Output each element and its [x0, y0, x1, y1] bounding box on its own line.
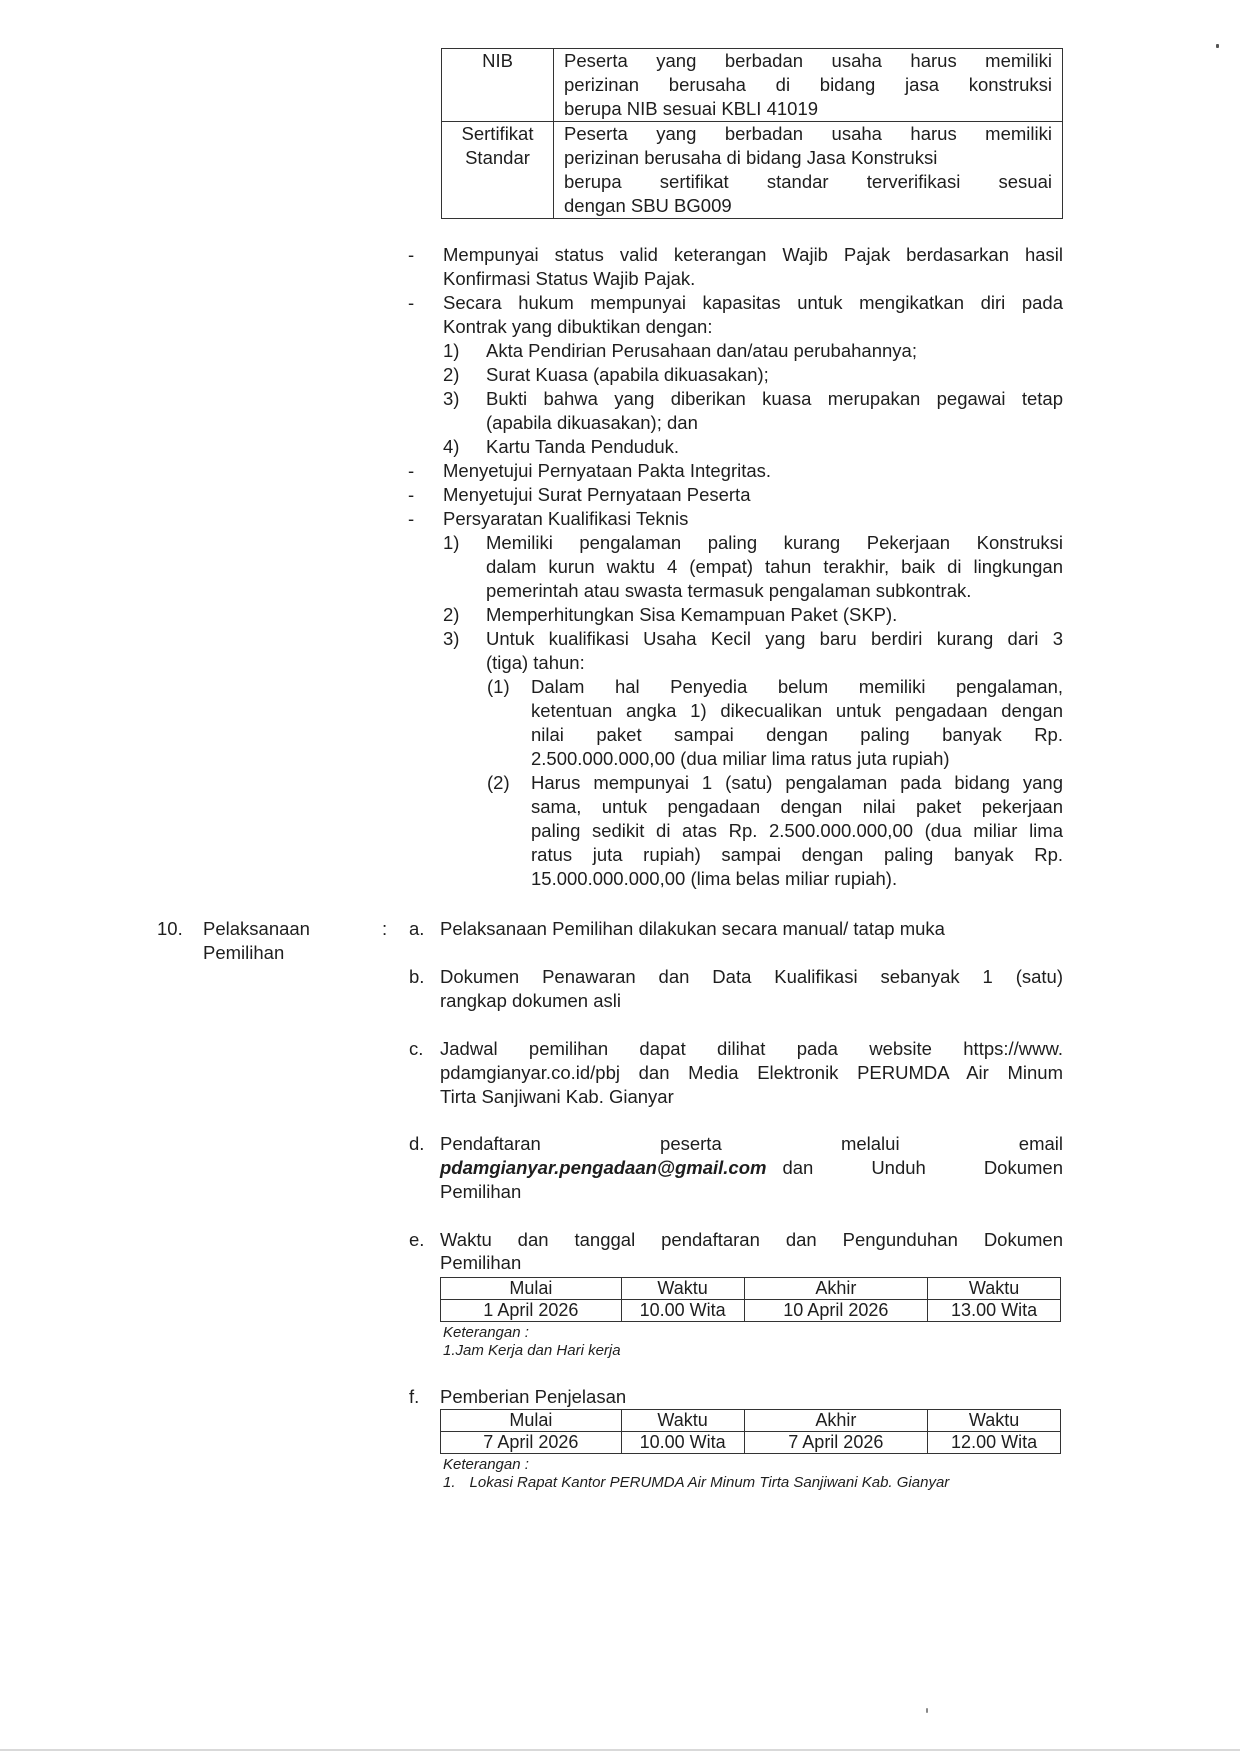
table-row: 1 April 2026 10.00 Wita 10 April 2026 13…	[441, 1300, 1061, 1322]
item-f-title: Pemberian Penjelasan	[440, 1385, 1063, 1409]
license-value-line: perizinan berusaha di bidang jasa konstr…	[564, 73, 1052, 97]
note-label: Keterangan :	[443, 1456, 529, 1473]
section-title-line: Pemilihan	[203, 941, 353, 965]
license-requirements-table: NIB Peserta yang berbadan usaha harus me…	[441, 48, 1063, 219]
note-text: Lokasi Rapat Kantor PERUMDA Air Minum Ti…	[470, 1474, 950, 1491]
section-title: Pelaksanaan Pemilihan	[203, 917, 353, 965]
list-number: 3)	[443, 627, 459, 651]
item-c-text: Jadwal pemilihan dapat dilihat pada webs…	[440, 1037, 1063, 1061]
license-key-label: Standar	[442, 146, 553, 170]
table-row: 7 April 2026 10.00 Wita 7 April 2026 12.…	[441, 1432, 1061, 1454]
list-item: Memiliki pengalaman paling kurang Pekerj…	[486, 531, 1063, 555]
list-item: Kartu Tanda Penduduk.	[486, 435, 1063, 459]
column-header: Waktu	[928, 1410, 1061, 1432]
list-number: 1)	[443, 339, 459, 363]
license-value-sertifikat: Peserta yang berbadan usaha harus memili…	[554, 122, 1063, 219]
end-time: 12.00 Wita	[928, 1432, 1061, 1454]
sub-list-item: Harus mempunyai 1 (satu) pengalaman pada…	[531, 771, 1063, 795]
sub-list-item: paling sedikit di atas Rp. 2.500.000.000…	[531, 819, 1063, 843]
item-letter-a: a.	[409, 917, 424, 941]
item-c-text: Tirta Sanjiwani Kab. Gianyar	[440, 1085, 1063, 1109]
column-header: Waktu	[621, 1278, 744, 1300]
section-number: 10.	[157, 917, 183, 941]
item-d-text: Pendaftaran peserta melalui email	[440, 1132, 1063, 1156]
sub-list-item: 15.000.000.000,00 (lima belas miliar rup…	[531, 867, 1063, 891]
license-value-line: perizinan berusaha di bidang Jasa Konstr…	[564, 146, 1052, 170]
item-letter-b: b.	[409, 965, 424, 989]
list-item: (apabila dikuasakan); dan	[486, 411, 1063, 435]
sub-list-item: 2.500.000.000,00 (dua miliar lima ratus …	[531, 747, 1063, 771]
start-date: 1 April 2026	[441, 1300, 622, 1322]
table-row: NIB Peserta yang berbadan usaha harus me…	[442, 49, 1063, 122]
column-header: Akhir	[744, 1278, 928, 1300]
license-value-line: berupa sertifikat standar terverifikasi …	[564, 170, 1052, 194]
item-e-text: Pemilihan	[440, 1251, 1063, 1275]
license-key-sertifikat: Sertifikat Standar	[442, 122, 554, 219]
item-letter-f: f.	[409, 1385, 419, 1409]
section-title-line: Pelaksanaan	[203, 917, 353, 941]
item-letter-d: d.	[409, 1132, 424, 1156]
license-value-line: Peserta yang berbadan usaha harus memili…	[564, 122, 1052, 146]
bullet-dash: -	[408, 243, 414, 267]
requirement-surat: Menyetujui Surat Pernyataan Peserta	[443, 483, 1063, 507]
license-key-label: Sertifikat	[442, 122, 553, 146]
sub-list-item: sama, untuk pengadaan dengan nilai paket…	[531, 795, 1063, 819]
scan-speck	[926, 1708, 928, 1713]
bullet-dash: -	[408, 507, 414, 531]
column-header: Waktu	[928, 1278, 1061, 1300]
item-letter-e: e.	[409, 1228, 424, 1252]
column-header: Mulai	[441, 1410, 622, 1432]
item-a-text: Pelaksanaan Pemilihan dilakukan secara m…	[440, 917, 1063, 941]
registration-email-link[interactable]: pdamgianyar.pengadaan@gmail.com	[440, 1156, 766, 1180]
requirement-legal-line: Kontrak yang dibuktikan dengan:	[443, 315, 1063, 339]
item-letter-c: c.	[409, 1037, 423, 1061]
item-d-text: dan Unduh Dokumen	[766, 1156, 1063, 1180]
start-date: 7 April 2026	[441, 1432, 622, 1454]
requirement-pakta: Menyetujui Pernyataan Pakta Integritas.	[443, 459, 1063, 483]
license-value-line: dengan SBU BG009	[564, 194, 1052, 218]
bullet-dash: -	[408, 483, 414, 507]
table-header-row: Mulai Waktu Akhir Waktu	[441, 1278, 1061, 1300]
list-number: 3)	[443, 387, 459, 411]
column-header: Mulai	[441, 1278, 622, 1300]
license-value-nib: Peserta yang berbadan usaha harus memili…	[554, 49, 1063, 122]
item-c-text: pdamgianyar.co.id/pbj dan Media Elektron…	[440, 1061, 1063, 1085]
scan-speck	[1216, 44, 1219, 48]
note-item: 1.Jam Kerja dan Hari kerja	[443, 1342, 621, 1359]
colon-separator: :	[382, 917, 387, 941]
column-header: Akhir	[744, 1410, 928, 1432]
table-row: Sertifikat Standar Peserta yang berbadan…	[442, 122, 1063, 219]
start-time: 10.00 Wita	[621, 1432, 744, 1454]
item-d-email-line: pdamgianyar.pengadaan@gmail.com dan Undu…	[440, 1156, 1063, 1180]
table-header-row: Mulai Waktu Akhir Waktu	[441, 1410, 1061, 1432]
license-key-label: NIB	[482, 50, 513, 71]
note-item: 1.Lokasi Rapat Kantor PERUMDA Air Minum …	[443, 1474, 949, 1491]
start-time: 10.00 Wita	[621, 1300, 744, 1322]
list-item: (tiga) tahun:	[486, 651, 1063, 675]
list-number: 4)	[443, 435, 459, 459]
explanation-schedule-table: Mulai Waktu Akhir Waktu 7 April 2026 10.…	[440, 1409, 1061, 1454]
list-number: 1)	[443, 531, 459, 555]
item-b-text: rangkap dokumen asli	[440, 989, 1063, 1013]
end-date: 7 April 2026	[744, 1432, 928, 1454]
item-d-text: Pemilihan	[440, 1180, 1063, 1204]
list-number: 2)	[443, 603, 459, 627]
sub-list-number: (1)	[487, 675, 510, 699]
list-number: 2)	[443, 363, 459, 387]
sub-list-item: ratus juta rupiah) sampai dengan paling …	[531, 843, 1063, 867]
license-value-line: berupa NIB sesuai KBLI 41019	[564, 97, 1052, 121]
bullet-dash: -	[408, 459, 414, 483]
sub-list-item: nilai paket sampai dengan paling banyak …	[531, 723, 1063, 747]
list-item: Memperhitungkan Sisa Kemampuan Paket (SK…	[486, 603, 1063, 627]
requirement-teknis-title: Persyaratan Kualifikasi Teknis	[443, 507, 1063, 531]
sub-list-item: Dalam hal Penyedia belum memiliki pengal…	[531, 675, 1063, 699]
end-date: 10 April 2026	[744, 1300, 928, 1322]
item-b-text: Dokumen Penawaran dan Data Kualifikasi s…	[440, 965, 1063, 989]
license-key-nib: NIB	[442, 49, 554, 122]
license-value-line: Peserta yang berbadan usaha harus memili…	[564, 49, 1052, 73]
registration-schedule-table: Mulai Waktu Akhir Waktu 1 April 2026 10.…	[440, 1277, 1061, 1322]
note-label: Keterangan :	[443, 1324, 529, 1341]
list-item: pemerintah atau swasta termasuk pengalam…	[486, 579, 1063, 603]
list-item: Bukti bahwa yang diberikan kuasa merupak…	[486, 387, 1063, 411]
requirement-legal-line: Secara hukum mempunyai kapasitas untuk m…	[443, 291, 1063, 315]
column-header: Waktu	[621, 1410, 744, 1432]
list-item: Surat Kuasa (apabila dikuasakan);	[486, 363, 1063, 387]
sub-list-number: (2)	[487, 771, 510, 795]
note-number: 1.	[443, 1474, 456, 1491]
list-item: Untuk kualifikasi Usaha Kecil yang baru …	[486, 627, 1063, 651]
sub-list-item: ketentuan angka 1) dikecualikan untuk pe…	[531, 699, 1063, 723]
requirement-tax-line: Konfirmasi Status Wajib Pajak.	[443, 267, 1063, 291]
bullet-dash: -	[408, 291, 414, 315]
end-time: 13.00 Wita	[928, 1300, 1061, 1322]
requirement-tax-line: Mempunyai status valid keterangan Wajib …	[443, 243, 1063, 267]
list-item: dalam kurun waktu 4 (empat) tahun terakh…	[486, 555, 1063, 579]
list-item: Akta Pendirian Perusahaan dan/atau perub…	[486, 339, 1063, 363]
item-e-text: Waktu dan tanggal pendaftaran dan Pengun…	[440, 1228, 1063, 1252]
scan-edge-line	[0, 1749, 1240, 1751]
